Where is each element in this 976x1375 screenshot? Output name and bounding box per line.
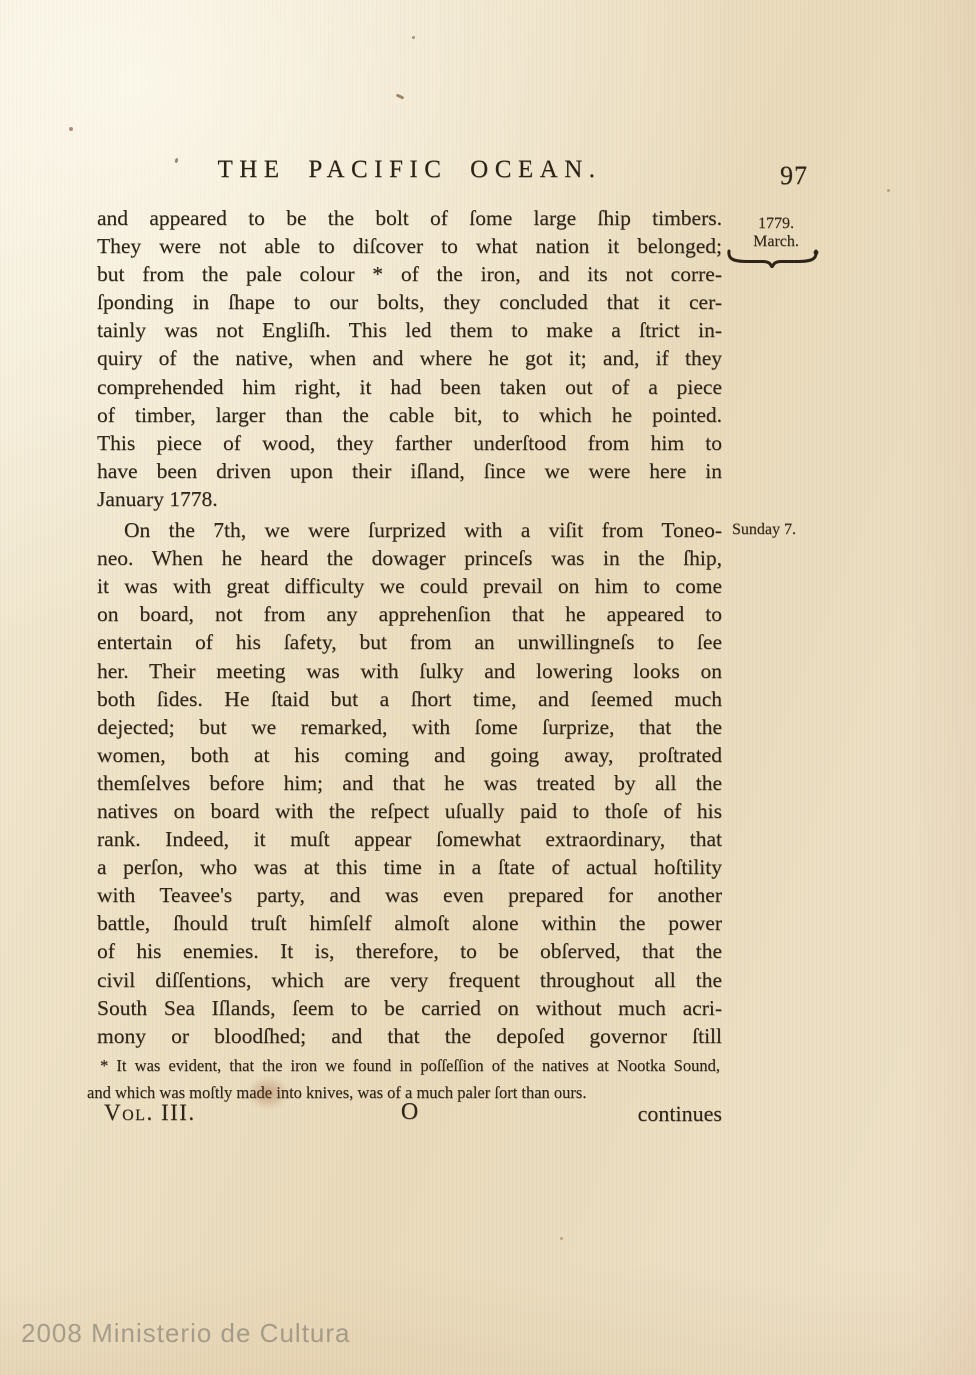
text-line: neo. When he heard the dowager princeſs … bbox=[97, 544, 722, 572]
margin-note-year: 1779. bbox=[731, 215, 821, 233]
library-watermark: 2008 Ministerio de Cultura bbox=[21, 1318, 351, 1349]
page-body-text: and appeared to be the bolt of ſome larg… bbox=[97, 204, 722, 1050]
text-line: dejected; but we remarked, with ſome ſur… bbox=[97, 713, 722, 741]
text-line: comprehended him right, it had been take… bbox=[97, 373, 722, 401]
text-line: of timber, larger than the cable bit, to… bbox=[97, 401, 722, 429]
text-line: women, both at his coming and going away… bbox=[97, 741, 722, 769]
footnote-line: * It was evident, that the iron we found… bbox=[87, 1052, 720, 1079]
margin-brace-icon bbox=[726, 249, 820, 273]
text-line: This piece of wood, they farther underſt… bbox=[97, 429, 722, 457]
text-line: entertain of his ſafety, but from an unw… bbox=[97, 628, 722, 656]
margin-note-month: March. bbox=[731, 233, 821, 251]
margin-note-day: Sunday 7. bbox=[732, 521, 796, 539]
paper-speck bbox=[560, 1237, 563, 1240]
text-line: on board, not from any apprehenſion that… bbox=[97, 600, 722, 628]
text-line: January 1778. bbox=[97, 485, 722, 513]
catchword: continues bbox=[97, 1101, 722, 1127]
text-line: ſponding in ſhape to our bolts, they con… bbox=[97, 288, 722, 316]
footnote: * It was evident, that the iron we found… bbox=[87, 1052, 720, 1106]
text-line: On the 7th, we were ſurprized with a viſ… bbox=[97, 516, 722, 544]
scanned-book-page: THE PACIFIC OCEAN. 97 1779. March. Sunda… bbox=[0, 0, 976, 1375]
text-line: rank. Indeed, it muſt appear ſomewhat ex… bbox=[97, 825, 722, 853]
text-line: it was with great difficulty we could pr… bbox=[97, 572, 722, 600]
text-line: battle, ſhould truſt himſelf almoſt alon… bbox=[97, 909, 722, 937]
text-line: quiry of the native, when and where he g… bbox=[97, 344, 722, 372]
text-line: natives on board with the reſpect uſuall… bbox=[97, 797, 722, 825]
text-line: and appeared to be the bolt of ſome larg… bbox=[97, 204, 722, 232]
paper-speck bbox=[396, 93, 405, 99]
text-line: have been driven upon their iſland, ſinc… bbox=[97, 457, 722, 485]
paragraph-2: On the 7th, we were ſurprized with a viſ… bbox=[97, 516, 722, 1050]
paper-speck bbox=[412, 36, 415, 39]
text-line: civil diſſentions, which are very freque… bbox=[97, 966, 722, 994]
text-line: They were not able to diſcover to what n… bbox=[97, 232, 722, 260]
paper-speck bbox=[69, 127, 73, 131]
text-line: mony or bloodſhed; and that the depoſed … bbox=[97, 1022, 722, 1050]
text-line: both ſides. He ſtaid but a ſhort time, a… bbox=[97, 685, 722, 713]
text-line: tainly was not Engliſh. This led them to… bbox=[97, 316, 722, 344]
page-number: 97 bbox=[780, 161, 808, 191]
paper-speck bbox=[887, 189, 890, 192]
margin-note-date: 1779. March. bbox=[731, 215, 821, 250]
text-line: her. Their meeting was with ſulky and lo… bbox=[97, 657, 722, 685]
paragraph-1: and appeared to be the bolt of ſome larg… bbox=[97, 204, 722, 513]
text-line: with Teavee's party, and was even prepar… bbox=[97, 881, 722, 909]
running-header-title: THE PACIFIC OCEAN. bbox=[97, 156, 722, 184]
text-line: themſelves before him; and that he was t… bbox=[97, 769, 722, 797]
text-line: South Sea Iſlands, ſeem to be carried on… bbox=[97, 994, 722, 1022]
text-line: a perſon, who was at this time in a ſtat… bbox=[97, 853, 722, 881]
text-line: of his enemies. It is, therefore, to be … bbox=[97, 937, 722, 965]
text-line: but from the pale colour * of the iron, … bbox=[97, 260, 722, 288]
